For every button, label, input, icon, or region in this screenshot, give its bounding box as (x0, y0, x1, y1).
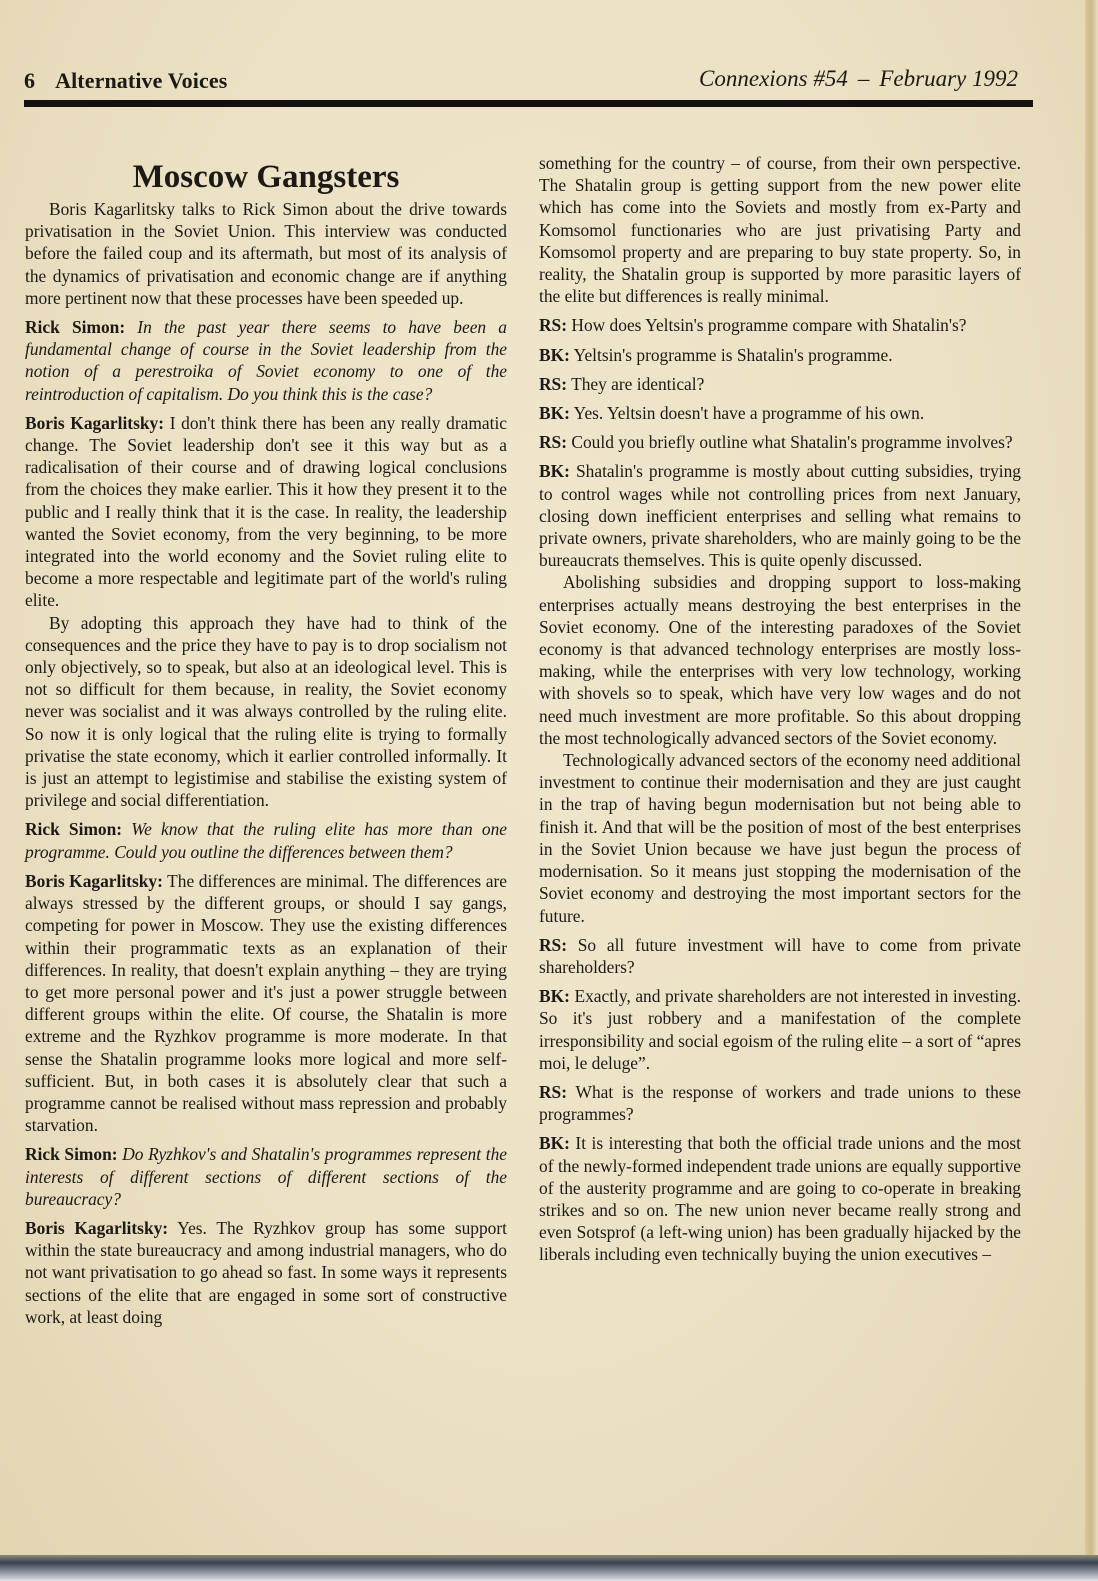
speaker-label: Boris Kagarlitsky: (25, 1218, 168, 1238)
speaker-label: BK: (539, 461, 570, 481)
interview-paragraph: something for the country – of course, f… (539, 152, 1021, 307)
article-title: Moscow Gangsters (25, 158, 507, 196)
interview-paragraph: By adopting this approach they have had … (25, 612, 507, 812)
interview-paragraph: RS: So all future investment will have t… (539, 934, 1021, 978)
right-column: something for the country – of course, f… (539, 152, 1021, 1266)
interview-paragraph: BK: Shatalin's programme is mostly about… (539, 460, 1021, 571)
publication-name: Connexions #54 (699, 66, 848, 91)
answer-text: something for the country – of course, f… (539, 153, 1021, 306)
interview-paragraph: Abolishing subsidies and dropping suppor… (539, 571, 1021, 749)
speaker-label: Rick Simon: (25, 1144, 118, 1164)
question-text: What is the response of workers and trad… (539, 1082, 1021, 1124)
answer-text: Exactly, and private shareholders are no… (539, 986, 1021, 1073)
interview-paragraph: RS: Could you briefly outline what Shata… (539, 431, 1021, 453)
question-text: They are identical? (571, 374, 704, 394)
page-edge (1085, 0, 1098, 1581)
speaker-label: RS: (539, 374, 567, 394)
answer-text: The differences are minimal. The differe… (25, 871, 507, 1135)
interview-paragraph: RS: They are identical? (539, 373, 1021, 395)
interview-paragraph: RS: How does Yeltsin's programme compare… (539, 314, 1021, 336)
interview-paragraph: BK: Yes. Yeltsin doesn't have a programm… (539, 402, 1021, 424)
interview-paragraph: BK: Exactly, and private shareholders ar… (539, 985, 1021, 1074)
magazine-page: 6Alternative Voices Connexions #54–Febru… (0, 0, 1085, 1560)
interview-paragraph: BK: It is interesting that both the offi… (539, 1132, 1021, 1265)
interview-paragraph: RS: What is the response of workers and … (539, 1081, 1021, 1125)
answer-text: By adopting this approach they have had … (25, 613, 507, 811)
answer-text: Yeltsin's programme is Shatalin's progra… (574, 345, 893, 365)
question-text: So all future investment will have to co… (539, 935, 1021, 977)
interview-paragraph: Boris Kagarlitsky: Yes. The Ryzhkov grou… (25, 1217, 507, 1328)
question-text: Could you briefly outline what Shatalin'… (571, 432, 1012, 452)
interview-paragraph: Technologically advanced sectors of the … (539, 749, 1021, 927)
article-intro: Boris Kagarlitsky talks to Rick Simon ab… (25, 198, 507, 309)
interview-paragraph: Rick Simon: We know that the ruling elit… (25, 818, 507, 862)
interview-paragraph: Boris Kagarlitsky: The differences are m… (25, 870, 507, 1136)
interview-paragraph: BK: Yeltsin's programme is Shatalin's pr… (539, 344, 1021, 366)
answer-text: It is interesting that both the official… (539, 1133, 1021, 1264)
speaker-label: BK: (539, 345, 570, 365)
interview-paragraph: Rick Simon: In the past year there seems… (25, 316, 507, 405)
left-column: Moscow Gangsters Boris Kagarlitsky talks… (25, 0, 507, 1328)
speaker-label: Rick Simon: (25, 317, 125, 337)
answer-text: Yes. Yeltsin doesn't have a programme of… (574, 403, 925, 423)
speaker-label: Boris Kagarlitsky: (25, 413, 164, 433)
speaker-label: RS: (539, 935, 567, 955)
speaker-label: Boris Kagarlitsky: (25, 871, 163, 891)
speaker-label: RS: (539, 315, 567, 335)
answer-text: Shatalin's programme is mostly about cut… (539, 461, 1021, 570)
speaker-label: Rick Simon: (25, 819, 122, 839)
scan-shadow (0, 1555, 1098, 1581)
answer-text: I don't think there has been any really … (25, 413, 507, 611)
issue-date: February 1992 (879, 66, 1018, 91)
speaker-label: BK: (539, 403, 570, 423)
interview-paragraph: Boris Kagarlitsky: I don't think there h… (25, 412, 507, 612)
speaker-label: RS: (539, 1082, 567, 1102)
answer-text: Abolishing subsidies and dropping suppor… (539, 572, 1021, 747)
speaker-label: BK: (539, 986, 570, 1006)
speaker-label: RS: (539, 432, 567, 452)
speaker-label: BK: (539, 1133, 570, 1153)
header-separator: – (858, 66, 870, 91)
interview-paragraph: Rick Simon: Do Ryzhkov's and Shatalin's … (25, 1143, 507, 1210)
issue-info: Connexions #54–February 1992 (699, 66, 1018, 92)
answer-text: Technologically advanced sectors of the … (539, 750, 1021, 925)
question-text: How does Yeltsin's programme compare wit… (571, 315, 966, 335)
